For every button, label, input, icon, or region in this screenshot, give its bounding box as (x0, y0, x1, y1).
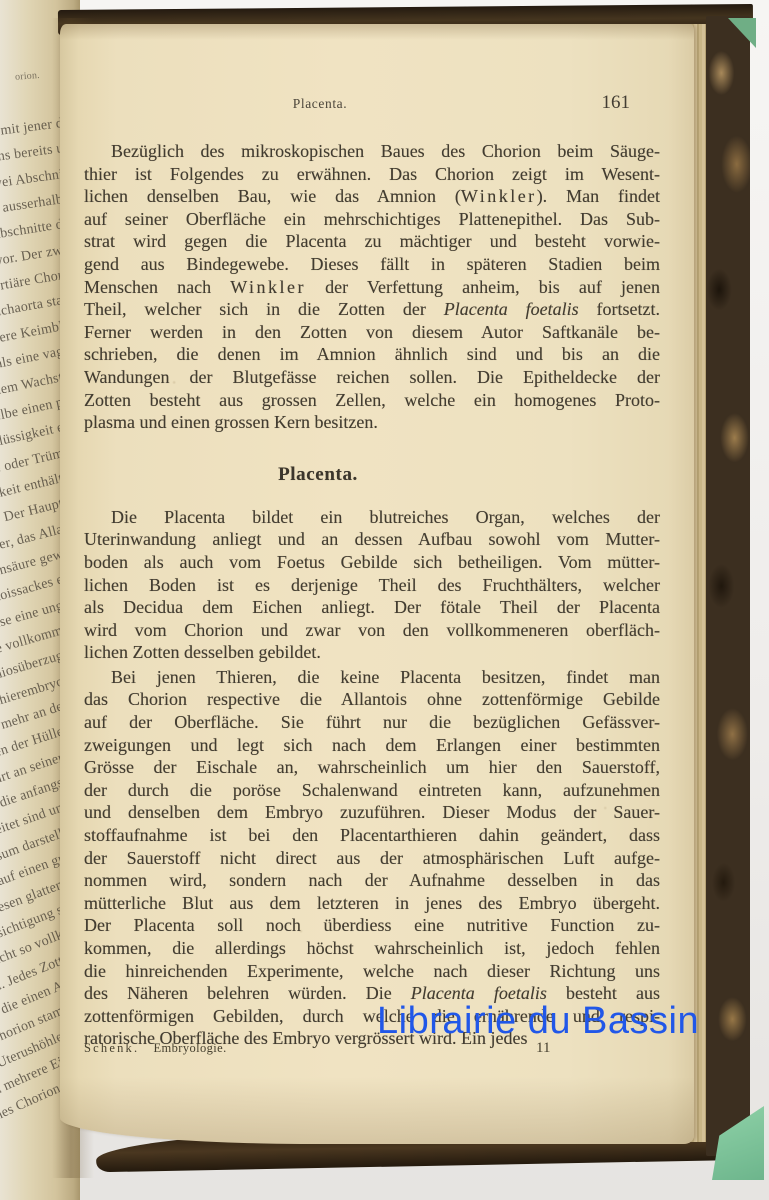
text-line: boden als auch vom Foetus Gebilde sich b… (84, 551, 660, 574)
text-line: stoffaufnahme ist bei den Placentarthier… (84, 824, 660, 847)
footer-signature: Schenk. Embryologie. (84, 1041, 227, 1056)
text-line: thier ist Folgendes zu erwähnen. Das Cho… (84, 163, 660, 186)
text-line: die hinreichenden Experimente, welche na… (84, 960, 660, 983)
paragraph: Bei jenen Thieren, die keine Placenta be… (84, 666, 660, 1050)
book-page: Placenta. 161 Bezüglich des mikroskopisc… (60, 24, 694, 1144)
text-line: Wandungen der Blutgefässe reichen sollen… (84, 366, 660, 389)
text-line: Theil, welcher sich in die Zotten der Pl… (84, 298, 660, 321)
marbled-cover-edge (706, 16, 750, 1156)
text-line: Bezüglich des mikroskopischen Baues des … (84, 140, 660, 163)
text-line: wird vom Chorion und zwar von den vollko… (84, 619, 660, 642)
text-line: mütterliche Blut aus dem letzteren in je… (84, 892, 660, 915)
text-line: zweigungen und legt sich nach dem Erlang… (84, 734, 660, 757)
book-photo: orion.ngt mit jener de uns bereits un zw… (0, 0, 769, 1200)
text-line: lichen Boden ist es derjenige Theil des … (84, 574, 660, 597)
text-line: lichen denselben Bau, wie das Amnion (Wi… (84, 185, 660, 208)
text-line: strat wird gegen die Placenta zu mächtig… (84, 230, 660, 253)
text-line: der Sauerstoff nicht direct aus der atmo… (84, 847, 660, 870)
text-line: kommen, die allerdings höchst wahrschein… (84, 937, 660, 960)
running-head-title: Placenta. (84, 96, 556, 112)
text-line: nommen wird, sondern nach der Aufnahme d… (84, 869, 660, 892)
text-line: Menschen nach Winkler der Verfettung anh… (84, 276, 660, 299)
text-line: plasma und einen grossen Kern besitzen. (84, 411, 660, 434)
text-line: Zotten besteht aus grossen Zellen, welch… (84, 389, 660, 412)
text-line: Ferner werden in den Zotten von diesem A… (84, 321, 660, 344)
running-head: Placenta. 161 (84, 96, 660, 120)
text-line: auf der Oberfläche. Sie führt nur die be… (84, 711, 660, 734)
text-block: Bezüglich des mikroskopischen Baues des … (84, 140, 660, 1050)
intro-paragraph-host: Bezüglich des mikroskopischen Baues des … (84, 140, 660, 434)
text-line: auf seiner Oberfläche ein mehrschichtige… (84, 208, 660, 231)
text-line: Uterinwandung anliegt und an dessen Aufb… (84, 528, 660, 551)
footer-book-title: Embryologie. (153, 1041, 226, 1055)
footer-author: Schenk. (84, 1041, 139, 1055)
body-paragraphs-host: Die Placenta bildet ein blutreiches Orga… (84, 506, 660, 1050)
text-line: schrieben, die denen im Amnion ähnlich s… (84, 343, 660, 366)
text-line: Grösse der Eischale an, wahrscheinlich u… (84, 756, 660, 779)
section-heading: Placenta. (84, 463, 552, 486)
text-line: das Chorion respective die Allantois ohn… (84, 688, 660, 711)
page-number: 161 (602, 92, 631, 114)
text-line: Die Placenta bildet ein blutreiches Orga… (84, 506, 660, 529)
verso-text-fragment: orion. (15, 70, 41, 83)
text-line: lichen Zotten desselben gebildet. (84, 641, 660, 664)
text-line: Der Placenta soll noch überdiess eine nu… (84, 914, 660, 937)
text-line: und denselben dem Embryo zuzuführen. Die… (84, 801, 660, 824)
text-line: gend aus Bindegewebe. Dieses fällt in sp… (84, 253, 660, 276)
bookseller-watermark: Librairie du Bassin (377, 1000, 699, 1043)
text-line: der durch die poröse Schalenwand eintret… (84, 779, 660, 802)
paragraph: Bezüglich des mikroskopischen Baues des … (84, 140, 660, 434)
text-line: als Decidua dem Eichen anliegt. Der föta… (84, 596, 660, 619)
paragraph: Die Placenta bildet ein blutreiches Orga… (84, 506, 660, 664)
text-line: Bei jenen Thieren, die keine Placenta be… (84, 666, 660, 689)
